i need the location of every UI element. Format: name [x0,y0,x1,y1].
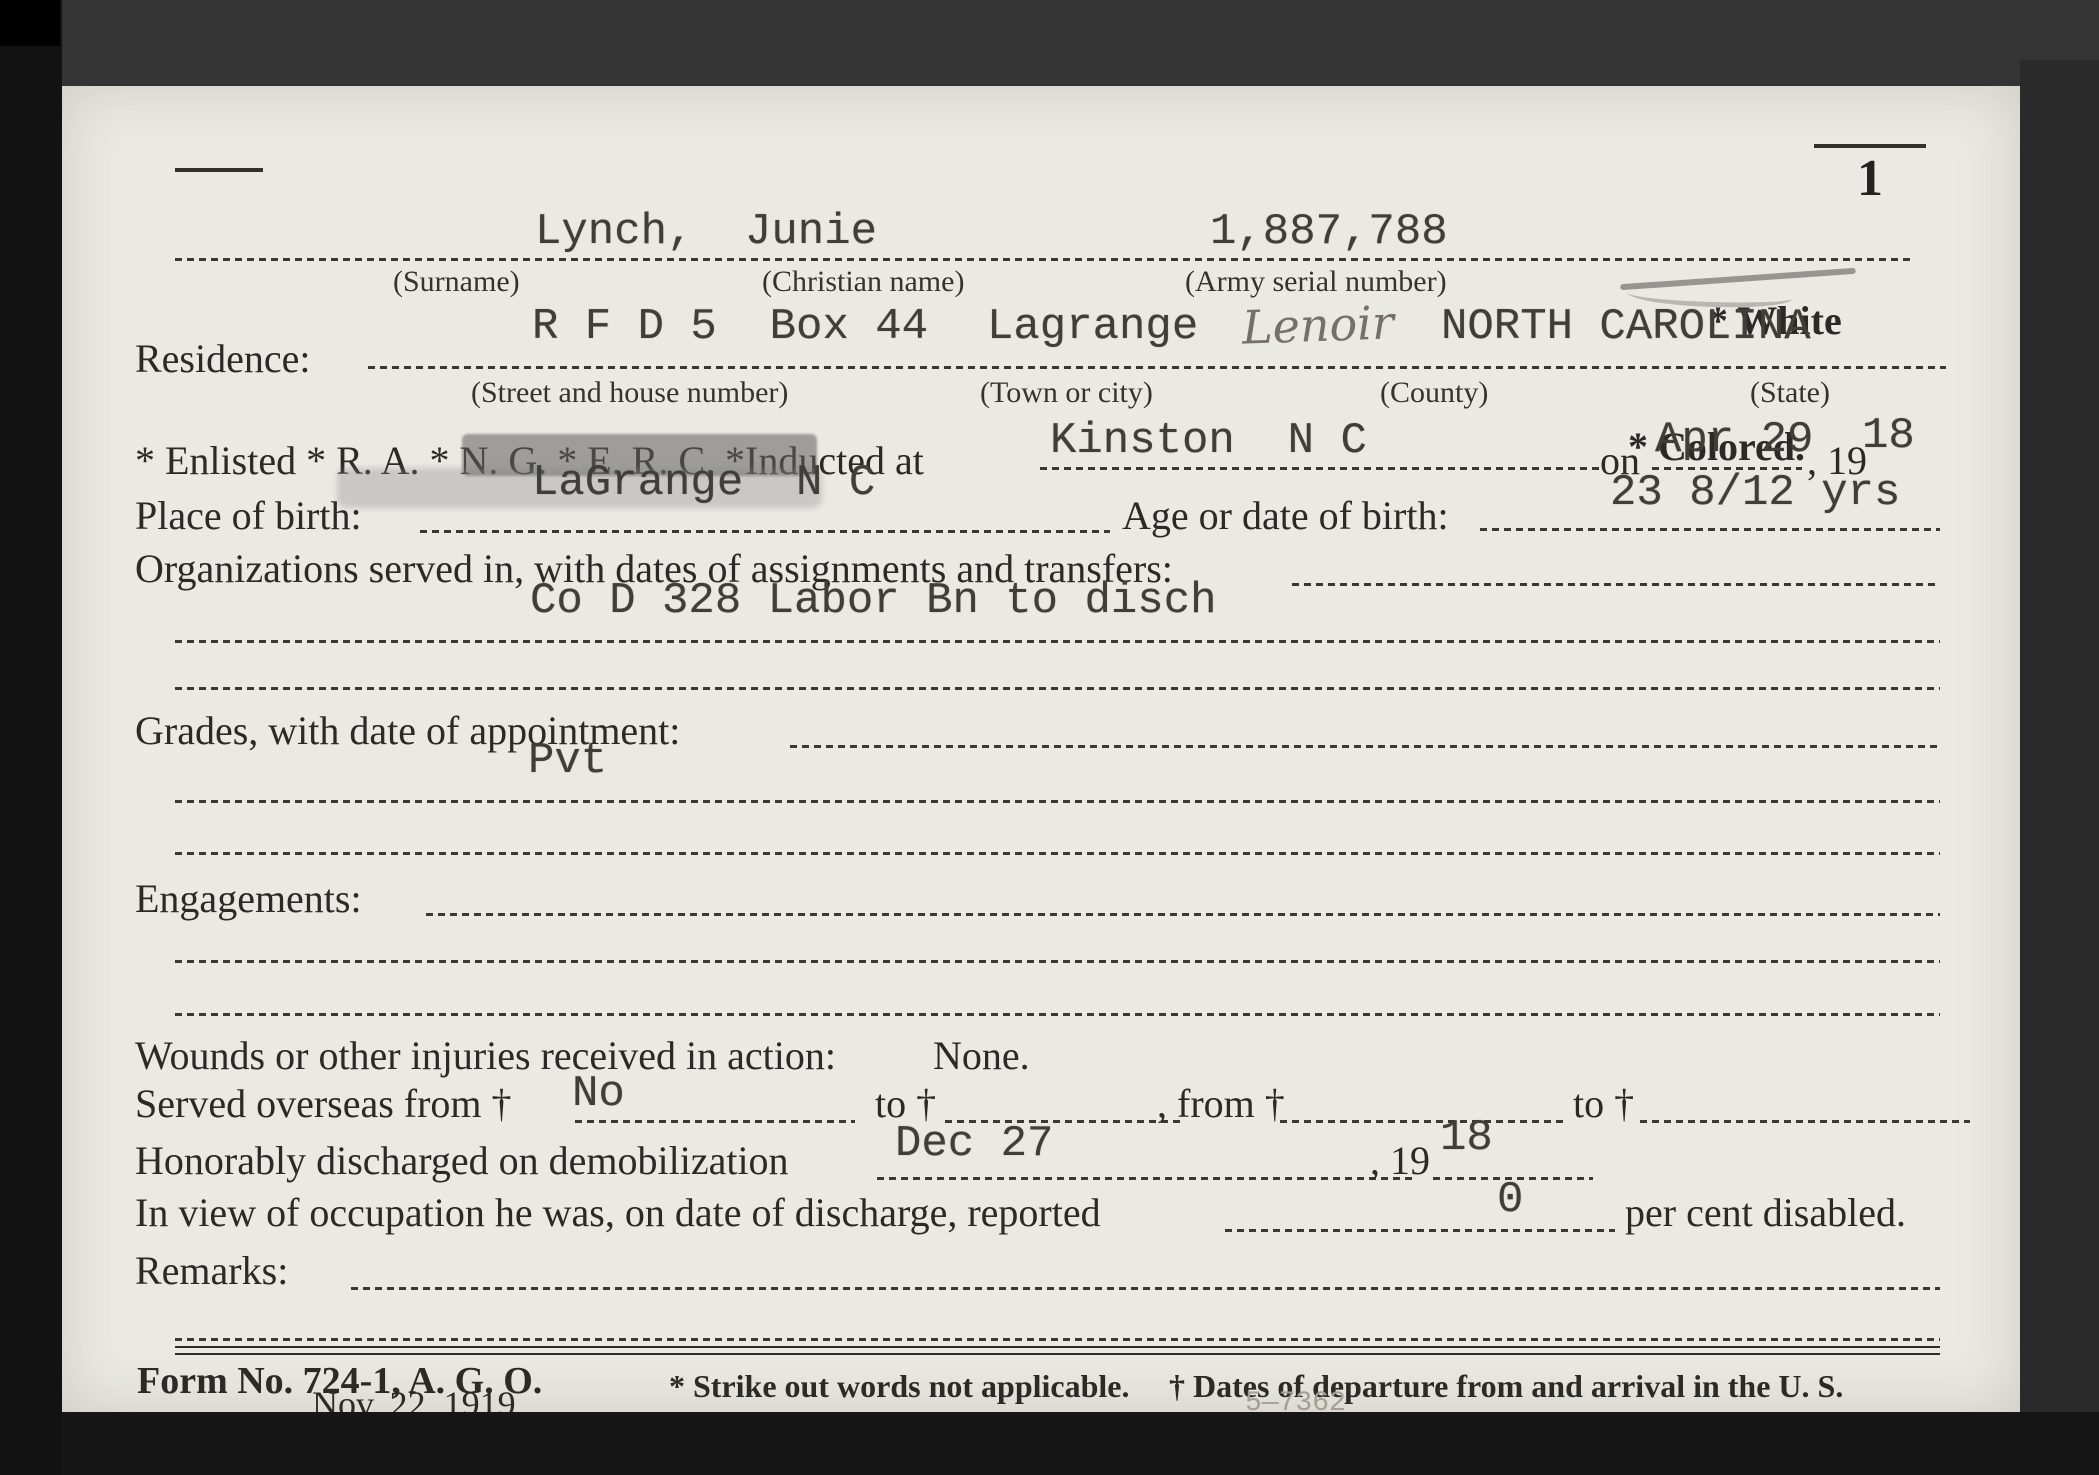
wounds-value: None. [933,1035,1030,1077]
disability-label: In view of occupation he was, on date of… [135,1192,1101,1234]
discharge-underline [877,1177,1417,1180]
overseas-label: Served overseas from † [135,1083,512,1125]
blank-line-2 [175,687,1940,690]
birthplace-underline [420,530,1110,533]
pencil-strike-mark [1620,268,1856,290]
grade-value: Pvt [528,739,607,783]
discharge-label: Honorably discharged on demobilization [135,1140,789,1182]
birthplace-label: Place of birth: [135,495,362,537]
induction-place-underline [1040,467,1600,470]
form-date: Nov. 22, 1919. [312,1386,525,1412]
footer-dotted-rule [175,1338,1940,1341]
surname-value: Lynch, [535,210,693,254]
age-underline [1480,528,1940,531]
page-number-rule [1814,144,1926,148]
overseas-to-label-2: to † [1573,1083,1634,1125]
induction-date-value: Apr 29 [1655,418,1813,462]
overseas-blank-3 [1280,1120,1565,1123]
organizations-underline [1292,583,1940,586]
county-handwritten-value: Lenoir [1241,295,1395,354]
street-caption: (Street and house number) [471,376,788,410]
page-number: 1 [1857,152,1883,207]
christian-name-caption: (Christian name) [762,265,964,299]
disability-value: 0 [1497,1178,1523,1222]
town-value: Lagrange [987,305,1198,349]
remarks-label: Remarks: [135,1250,288,1292]
overseas-blank-4 [1640,1120,1970,1123]
engagements-underline [426,913,1940,916]
state-caption: (State) [1750,376,1830,410]
induction-place-value: Kinston N C [1050,419,1367,463]
engagements-label: Engagements: [135,878,362,920]
blank-line-4 [175,852,1940,855]
service-record-card: 1 Lynch, Junie 1,887,788 * White * Color… [62,86,2020,1412]
town-caption: (Town or city) [980,376,1153,410]
state-value: NORTH CAROLINA [1441,305,1811,349]
birthplace-value: LaGrange N C [532,461,875,505]
blank-line-1 [175,640,1940,643]
serial-number-value: 1,887,788 [1210,210,1448,254]
microfilm-scan: 1 Lynch, Junie 1,887,788 * White * Color… [0,0,2099,1475]
overseas-value: No [572,1072,625,1116]
scan-bottom-band [62,1412,2099,1475]
residence-label: Residence: [135,338,311,380]
surname-caption: (Surname) [393,265,520,299]
disability-underline [1225,1229,1615,1232]
residence-underline [368,366,1946,369]
age-value: 23 8/12 yrs [1610,471,1900,515]
remarks-underline [351,1287,1940,1290]
overseas-from-label-2: , from † [1157,1083,1285,1125]
footer-double-rule [175,1346,1940,1355]
wounds-label: Wounds or other injuries received in act… [135,1035,836,1077]
top-left-tick [175,168,263,172]
disability-suffix: per cent disabled. [1625,1192,1906,1234]
scan-top-band [62,0,2099,86]
print-code: 5—7362 [1245,1390,1346,1412]
christian-name-value: Junie [745,210,877,254]
strike-note: * Strike out words not applicable. [669,1368,1129,1405]
discharge-date-value: Dec 27 [895,1122,1053,1166]
street-value: R F D 5 Box 44 [532,305,928,349]
blank-line-6 [175,1013,1940,1016]
film-corner [0,0,60,46]
induction-year-value: 18 [1862,414,1915,458]
film-edge-strip [0,0,62,1475]
grades-underline [790,745,1940,748]
age-label: Age or date of birth: [1122,495,1449,537]
scan-right-band [2020,60,2099,1420]
county-caption: (County) [1380,376,1488,410]
blank-line-3 [175,800,1940,803]
name-underline [175,258,1915,261]
overseas-blank-1 [575,1120,855,1123]
discharge-year-value: 18 [1440,1116,1493,1160]
discharge-year-prefix: , 19 [1370,1140,1430,1182]
blank-line-5 [175,960,1940,963]
serial-caption: (Army serial number) [1185,265,1447,299]
organizations-value: Co D 328 Labor Bn to disch [530,579,1217,623]
